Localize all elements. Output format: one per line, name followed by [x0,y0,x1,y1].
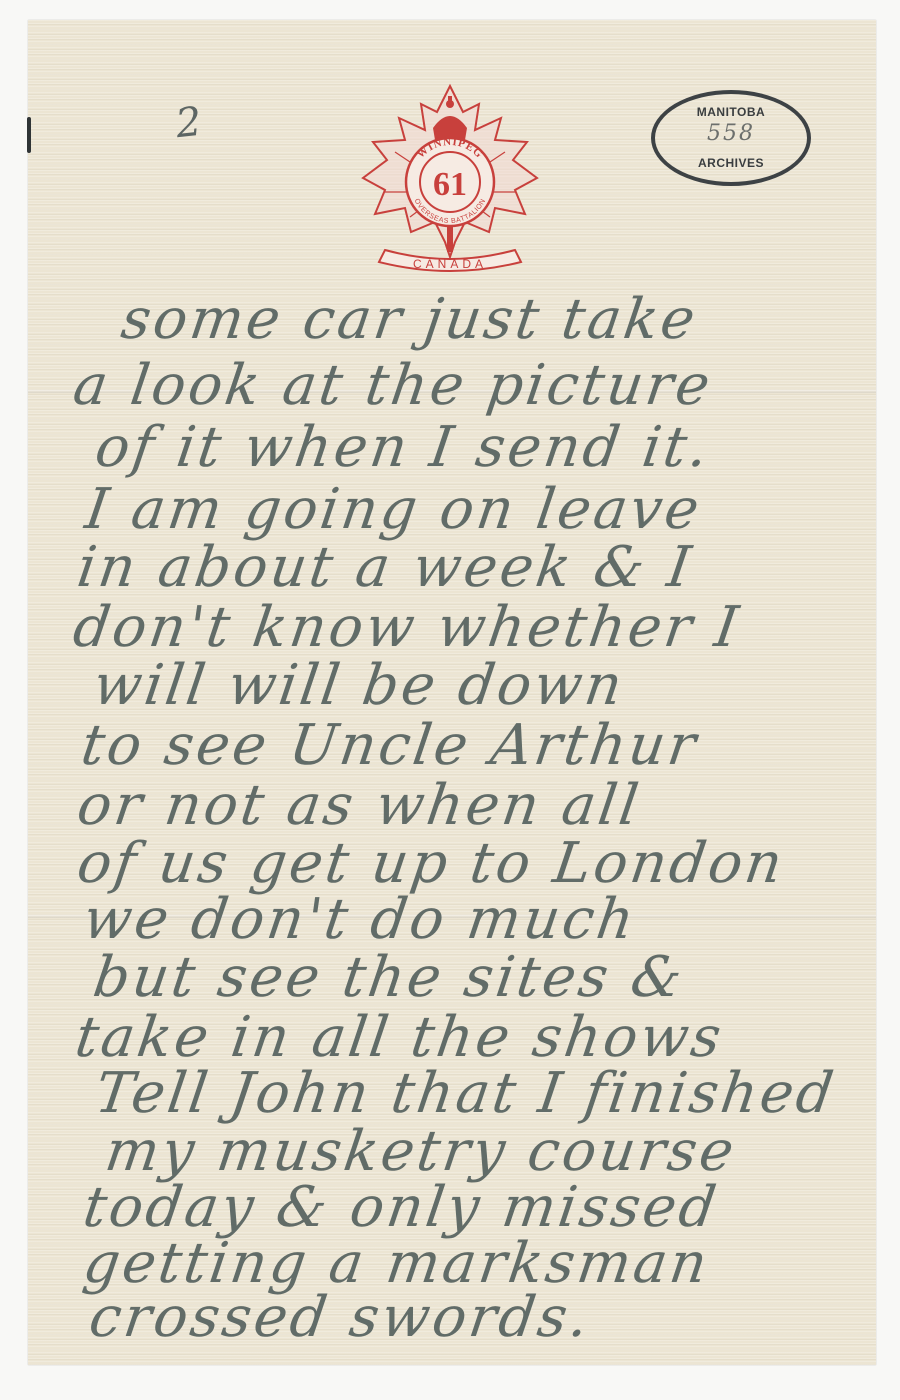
handwritten-line: of it when I send it. [92,420,714,476]
handwritten-line: or not as when all [74,778,644,834]
handwritten-line: today & only missed [80,1180,722,1236]
handwritten-line: in about a week & I [74,540,697,596]
handwritten-line: but see the sites & [90,950,688,1006]
handwritten-line: we don't do much [80,892,640,948]
handwritten-line: my musketry course [102,1124,740,1180]
handwritten-line: getting a marksman [80,1236,713,1292]
handwritten-line: of us get up to London [74,836,788,892]
handwritten-line: crossed swords. [86,1290,595,1346]
handwritten-line: don't know whether I [70,600,744,656]
handwritten-line: Tell John that I finished [92,1066,839,1122]
handwritten-line: a look at the picture [70,358,716,414]
handwritten-line: I am going on leave [82,482,705,538]
handwritten-line: will will be down [90,658,628,714]
scanned-page: 2 WINNIPEG OVERSEAS BATTALION 61 [0,0,900,1400]
handwritten-line: some car just take [118,292,701,348]
letter-body: some car just take a look at the picture… [0,0,900,1400]
handwritten-line: to see Uncle Arthur [78,718,702,774]
handwritten-line: take in all the shows [72,1010,727,1066]
